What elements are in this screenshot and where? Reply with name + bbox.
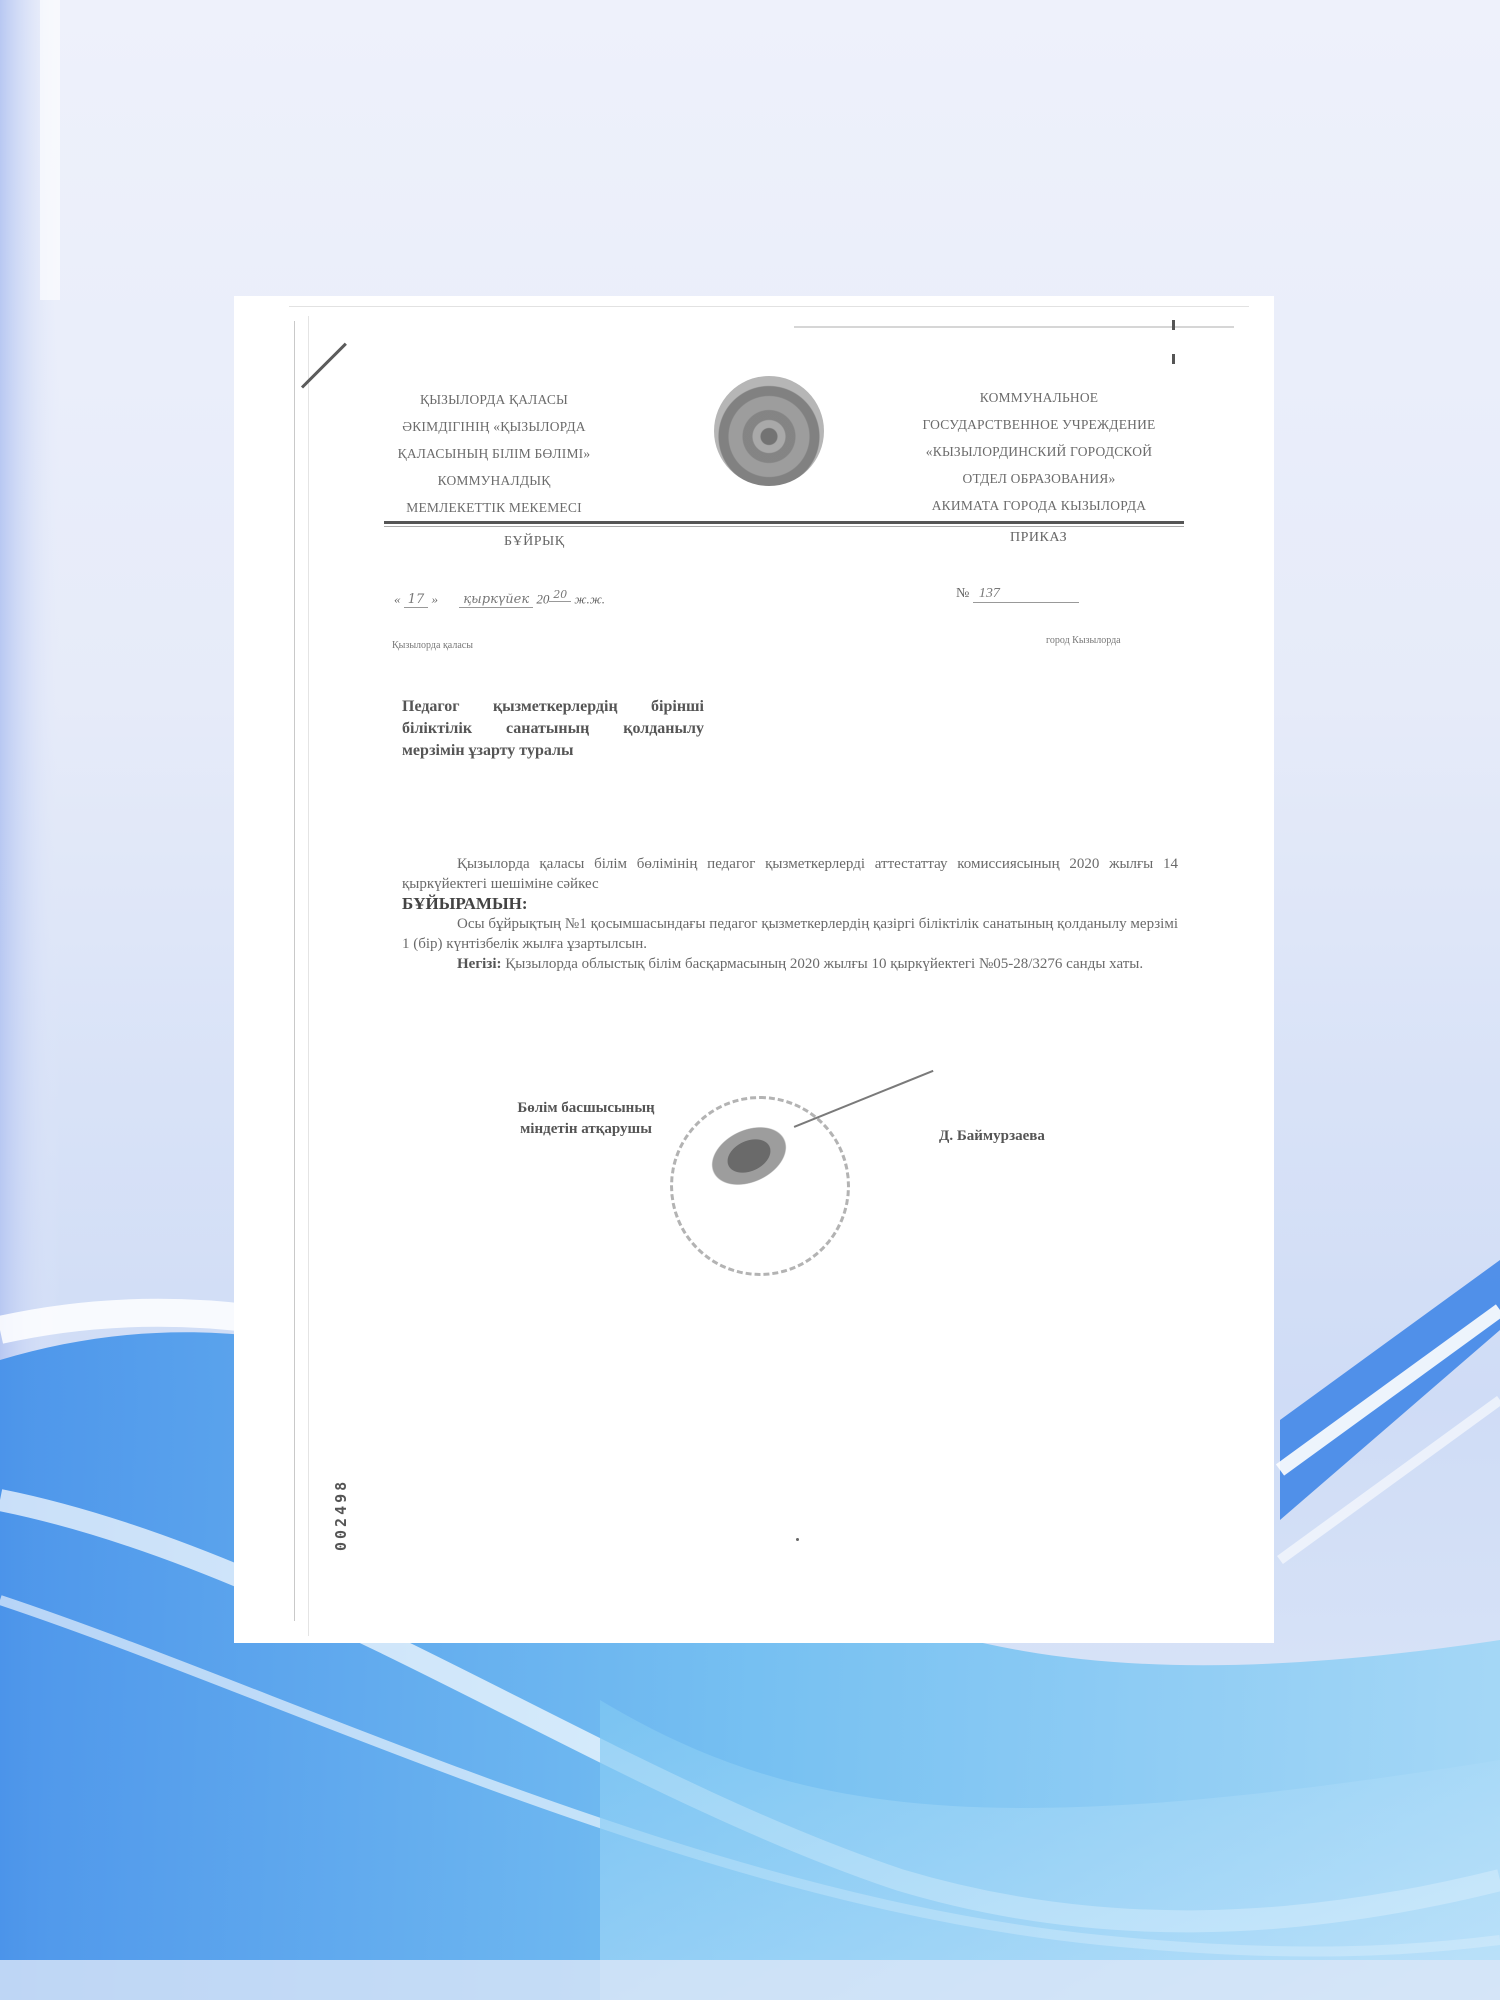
header-kazakh-line: КОММУНАЛДЫҚ [374, 467, 614, 494]
header-kazakh-line: ҚАЛАСЫНЫҢ БІЛІМ БӨЛІМІ» [374, 440, 614, 467]
header-divider-thin [384, 526, 1184, 527]
state-emblem-icon [714, 376, 824, 486]
form-serial-number: 002498 [332, 1479, 350, 1551]
order-body: Қызылорда қаласы білім бөлімінің педагог… [402, 854, 1178, 974]
order-date: « 17 » қыркүйек 2020 ж.ж. [394, 588, 605, 607]
date-day: 17 [404, 592, 429, 608]
order-number: № 137 [956, 586, 1079, 603]
order-command: БҰЙЫРАМЫН: [402, 894, 1178, 914]
order-preamble: Қызылорда қаласы білім бөлімінің педагог… [402, 854, 1178, 894]
scan-mark [1172, 354, 1175, 364]
header-kazakh: ҚЫЗЫЛОРДА ҚАЛАСЫ ӘКІМДІГІНІҢ «ҚЫЗЫЛОРДА … [374, 386, 614, 521]
header-kazakh-line: ӘКІМДІГІНІҢ «ҚЫЗЫЛОРДА [374, 413, 614, 440]
basis-label: Негізі: [457, 956, 502, 972]
signatory-title: Бөлім басшысының міндетін атқарушы [466, 1098, 706, 1140]
header-kazakh-line: МЕМЛЕКЕТТІК МЕКЕМЕСІ [374, 494, 614, 521]
header-russian-line: АКИМАТА ГОРОДА КЫЗЫЛОРДА [894, 492, 1184, 519]
scan-margin-line [308, 316, 309, 1636]
order-title-russian: ПРИКАЗ [1010, 530, 1067, 546]
header-russian: КОММУНАЛЬНОЕ ГОСУДАРСТВЕННОЕ УЧРЕЖДЕНИЕ … [894, 384, 1184, 519]
header-kazakh-line: ҚЫЗЫЛОРДА ҚАЛАСЫ [374, 386, 614, 413]
date-quote-open: « [394, 591, 401, 606]
date-quote-close: » [432, 591, 439, 606]
scan-margin-line [294, 321, 295, 1621]
signatory-name: Д. Баймурзаева [939, 1128, 1045, 1145]
header-russian-line: КОММУНАЛЬНОЕ [894, 384, 1184, 411]
date-suffix: ж.ж. [574, 591, 605, 606]
date-year-suffix: 20 [549, 588, 571, 602]
city-russian: город Кызылорда [1046, 635, 1121, 646]
scan-edge-line [289, 306, 1249, 307]
order-number-value: 137 [973, 586, 1079, 603]
scan-edge-line [794, 326, 1234, 328]
header-russian-line: «КЫЗЫЛОРДИНСКИЙ ГОРОДСКОЙ [894, 438, 1184, 465]
city-kazakh: Қызылорда қаласы [392, 640, 473, 651]
scan-mark [1172, 320, 1175, 330]
order-title-kazakh: БҰЙРЫҚ [504, 534, 565, 550]
header-divider [384, 521, 1184, 524]
order-point-1: Осы бұйрықтың №1 қосымшасындағы педагог … [402, 914, 1178, 954]
header-russian-line: ГОСУДАРСТВЕННОЕ УЧРЕЖДЕНИЕ [894, 411, 1184, 438]
order-number-label: № [956, 586, 969, 601]
signatory-title-line: міндетін атқарушы [466, 1119, 706, 1140]
basis-text: Қызылорда облыстық білім басқармасының 2… [505, 956, 1143, 972]
date-year-prefix: 20 [536, 591, 549, 606]
signature-stroke [794, 1070, 934, 1128]
date-month: қыркүйек [459, 592, 533, 608]
scan-speck [796, 1538, 799, 1541]
scanned-order-document: ҚЫЗЫЛОРДА ҚАЛАСЫ ӘКІМДІГІНІҢ «ҚЫЗЫЛОРДА … [234, 296, 1274, 1643]
order-basis: Негізі: Қызылорда облыстық білім басқарм… [402, 954, 1178, 974]
header-russian-line: ОТДЕЛ ОБРАЗОВАНИЯ» [894, 465, 1184, 492]
order-subject: Педагог қызметкерлердің бірінші біліктіл… [402, 696, 704, 762]
signatory-title-line: Бөлім басшысының [466, 1098, 706, 1119]
